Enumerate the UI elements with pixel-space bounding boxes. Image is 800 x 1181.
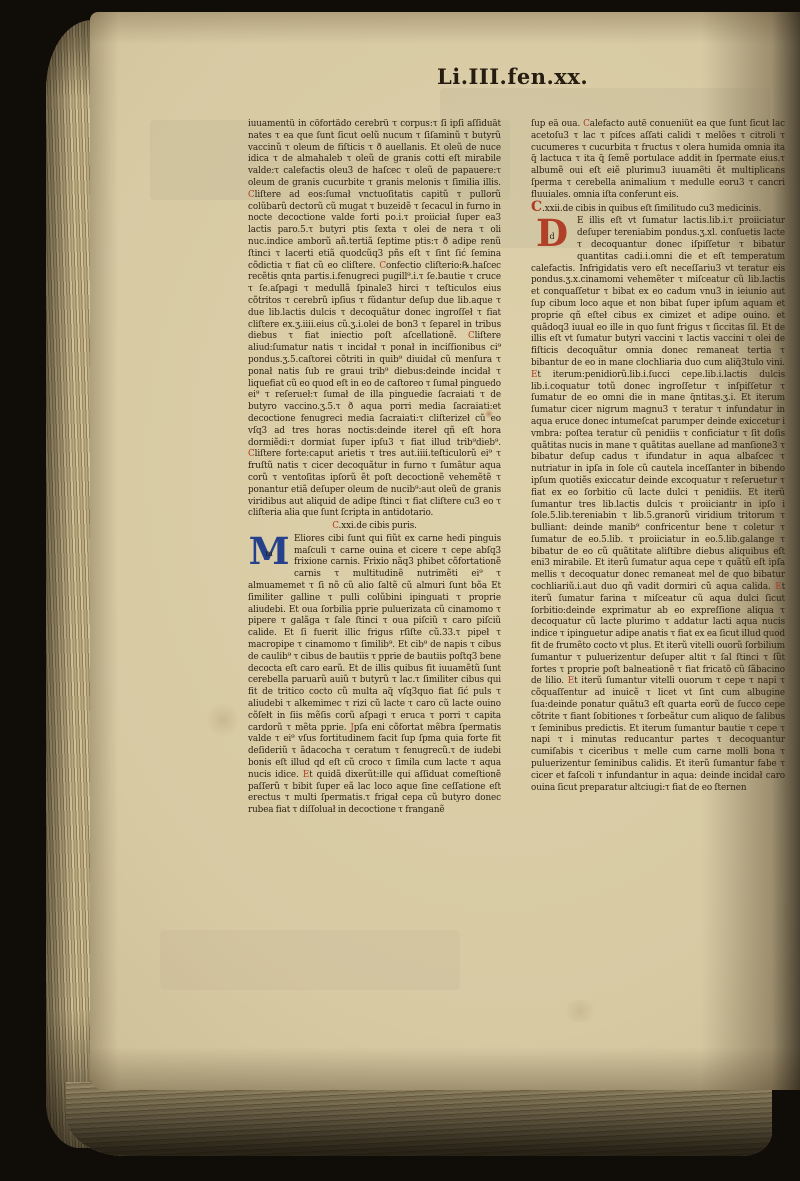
text-column-right: ſup eã oua. Calefacto autẽ conueniũt ea … <box>531 119 785 965</box>
body-text: liſtere forte:caput arietis τ tres aut.i… <box>248 449 501 518</box>
rubricated-capital: C <box>468 331 475 341</box>
body-text: liſtere aliud:ſumatur natis τ incidał τ … <box>248 331 501 447</box>
body-text: ſup eã oua. <box>531 119 583 129</box>
text-column-left: iuuamentũ in cõfortãdo cerebrũ τ corpus:… <box>248 119 501 965</box>
rubricated-capital: C <box>379 261 386 271</box>
text-paragraph: DdE illis eſt vt ſumatur lactis.lib.i.τ … <box>531 216 785 794</box>
text-paragraph: MmEliores cibi ſunt qui fiũt ex carne he… <box>248 534 501 817</box>
body-text: t iterũ ſumatur farina τ miſceatur cũ aq… <box>531 582 785 686</box>
body-text: .xxi.de cibis puris. <box>339 521 417 531</box>
illuminated-initial-d: Dd <box>531 217 573 252</box>
rubricated-capital: C <box>248 190 255 200</box>
body-text: t iterum:penidiorũ.lib.i.ſucci cepe.lib.… <box>531 370 785 592</box>
foxing-stain <box>208 700 238 740</box>
body-text: .xxii.de cibis in quibus eſt ſimilitudo … <box>542 204 761 214</box>
guide-letter: m <box>265 548 273 560</box>
running-title: Li.III.fen.xx. <box>437 64 588 89</box>
illuminated-initial-m: Mm <box>248 535 290 570</box>
guide-letter: d <box>549 231 554 243</box>
text-paragraph: iuuamentũ in cõfortãdo cerebrũ τ corpus:… <box>248 119 501 520</box>
body-text: liſtere ad eos:ſumał vnctuoſitatis capit… <box>248 190 501 271</box>
body-text: iuuamentũ in cõfortãdo cerebrũ τ corpus:… <box>248 119 501 188</box>
body-text: onfectio cliſterio:℞.haſcec recẽtis qnta… <box>248 261 501 342</box>
body-text: alefacto autẽ conueniũt ea que ſunt ſicu… <box>531 119 785 200</box>
body-text: t iterũ ſumantur vitelli ouorum τ cepe τ… <box>531 676 785 792</box>
book-photograph: Li.III.fen.xx. iuuamentũ in cõfortãdo ce… <box>0 0 800 1181</box>
rubricated-capital: C <box>248 449 255 459</box>
running-title-text: Li.III.fen.xx. <box>437 64 588 89</box>
foxing-stain <box>560 1000 600 1022</box>
rubricated-capital: C <box>583 119 590 129</box>
page-stack-bottom-edge <box>66 1082 772 1156</box>
chapter-rubric: C.xxii.de cibis in quibus eſt ſimilitudo… <box>531 203 785 216</box>
text-paragraph: ſup eã oua. Calefacto autẽ conueniũt ea … <box>531 119 785 202</box>
